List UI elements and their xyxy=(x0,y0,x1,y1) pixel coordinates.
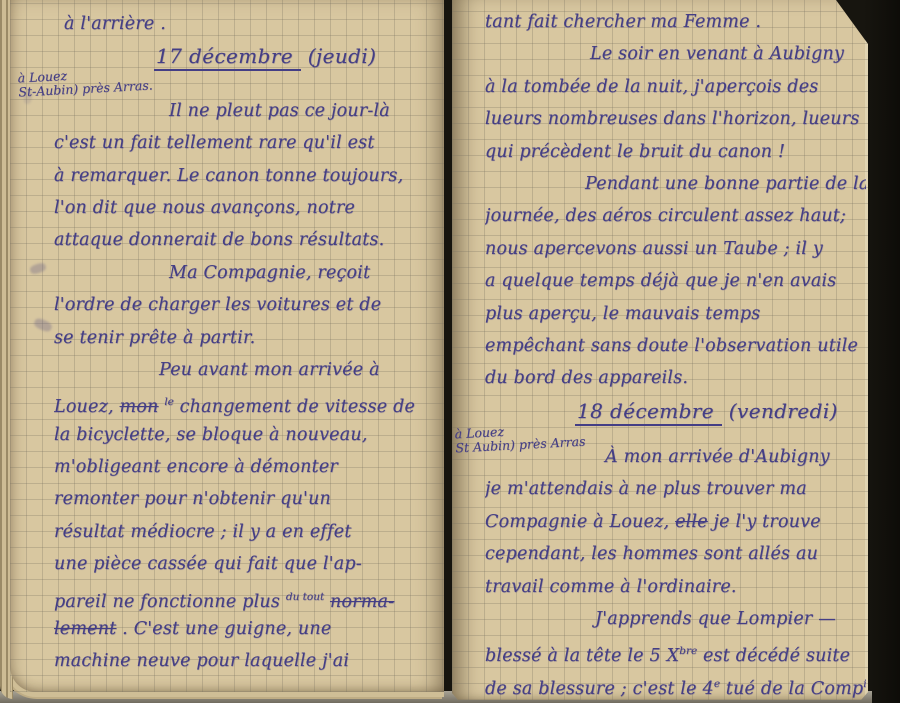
handwritten-line: qui précèdent le bruit du canon ! xyxy=(485,136,866,168)
handwritten-line: résultat médiocre ; il y a en effet xyxy=(54,516,440,548)
text-run: nous apercevons aussi un Taube ; il y xyxy=(485,239,823,259)
handwritten-line: lement . C'est une guigne, une xyxy=(54,613,440,645)
handwritten-line: nous apercevons aussi un Taube ; il y xyxy=(485,233,866,265)
text-run: cependant, les hommes sont allés au xyxy=(485,544,818,564)
text-run: Le soir en venant à Aubigny xyxy=(590,44,844,64)
text-run: du bord des appareils. xyxy=(485,368,688,388)
handwritten-line: Compagnie à Louez, elle je l'y trouve xyxy=(485,506,866,538)
text-run: a quelque temps déjà que je n'en avais xyxy=(485,271,836,291)
interlinear-insertion: le xyxy=(164,396,174,408)
text-run: plus aperçu, le mauvais temps xyxy=(485,304,760,324)
handwritten-line: Pendant une bonne partie de la xyxy=(585,168,866,200)
diary-left-page: à Louez St-Aubin) près Arras. à l'arrièr… xyxy=(10,0,444,692)
handwritten-line: se tenir prête à partir. xyxy=(54,322,440,354)
interlinear-insertion: bre xyxy=(679,645,697,657)
text-run: une pièce cassée qui fait que l'ap- xyxy=(54,554,362,574)
text-run: remonter pour n'obtenir qu'un xyxy=(54,489,331,509)
struck-word: norma- xyxy=(330,592,394,612)
text-run: l'on dit que nous avançons, notre xyxy=(54,198,355,218)
text-run: je l'y trouve xyxy=(708,512,821,532)
text-run: tant fait chercher ma Femme . xyxy=(485,12,761,32)
ink-smudge xyxy=(29,262,47,276)
handwritten-line: blessé à la tête le 5 Xbre est décédé su… xyxy=(485,635,866,667)
text-run: qui précèdent le bruit du canon ! xyxy=(485,142,785,162)
ink-smudge xyxy=(33,317,54,333)
text-run: pareil ne fonctionne plus xyxy=(54,592,286,612)
text-run: changement de vitesse de xyxy=(174,397,415,417)
diary-right-page: à Louez St Aubin) près Arras tant fait c… xyxy=(452,0,868,700)
handwritten-line: Peu avant mon arrivée à xyxy=(159,354,440,386)
handwritten-line: l'ordre de charger les voitures et de xyxy=(54,289,440,321)
date-heading: 18 décembre (vendredi) xyxy=(575,395,866,427)
handwritten-line: a quelque temps déjà que je n'en avais xyxy=(485,265,866,297)
text-run: Il ne pleut pas ce jour-là xyxy=(169,101,390,121)
handwritten-line: m'obligeant encore à démonter xyxy=(54,451,440,483)
handwritten-line: à remarquer. Le canon tonne toujours, xyxy=(54,160,440,192)
page-left-lines: à l'arrière .17 décembre (jeudi)Il ne pl… xyxy=(54,8,440,690)
handwritten-line: c'est un fait tellement rare qu'il est xyxy=(54,127,440,159)
handwritten-line: remonter pour n'obtenir qu'un xyxy=(54,483,440,515)
handwritten-line: Il ne pleut pas ce jour-là xyxy=(169,95,440,127)
text-run: Pendant une bonne partie de la xyxy=(585,174,866,194)
text-run: J'apprends que Lompier — xyxy=(595,609,836,629)
handwritten-line: Le soir en venant à Aubigny xyxy=(590,38,866,70)
page-right-lines: tant fait chercher ma Femme .Le soir en … xyxy=(485,6,866,700)
handwritten-line: lueurs nombreuses dans l'horizon, lueurs xyxy=(485,103,866,135)
text-run: (jeudi) xyxy=(301,44,376,68)
text-run: je m'attendais à ne plus trouver ma xyxy=(485,479,807,499)
text-run: c'est un fait tellement rare qu'il est xyxy=(54,133,375,153)
text-run: résultat médiocre ; il y a en effet xyxy=(54,522,352,542)
handwritten-line: travail comme à l'ordinaire. xyxy=(485,571,866,603)
interlinear-insertion: du tout xyxy=(286,591,324,603)
underlined-date: 17 décembre xyxy=(154,44,301,71)
text-run: empêchant sans doute l'observation utile xyxy=(485,336,858,356)
text-run: à l'arrière . xyxy=(64,14,166,34)
text-run: attaque donnerait de bons résultats. xyxy=(54,230,384,250)
text-run: . C'est une guigne, une xyxy=(116,619,331,639)
handwritten-line: Louez, mon le changement de vitesse de xyxy=(54,386,440,418)
handwritten-line: je m'attendais à ne plus trouver ma xyxy=(485,473,866,505)
text-run: m'obligeant encore à démonter xyxy=(54,457,338,477)
text-run: lueurs nombreuses dans l'horizon, lueurs xyxy=(485,109,860,129)
text-run: À mon arrivée d'Aubigny xyxy=(605,447,830,467)
text-run: machine neuve pour laquelle j'ai xyxy=(54,651,349,671)
handwritten-line: de sa blessure ; c'est le 4e tué de la C… xyxy=(485,668,866,700)
handwritten-line: empêchant sans doute l'observation utile xyxy=(485,330,866,362)
text-run: la bicyclette, se bloque à nouveau, xyxy=(54,425,368,445)
text-run: à remarquer. Le canon tonne toujours, xyxy=(54,166,403,186)
handwritten-line: J'apprends que Lompier — xyxy=(595,603,866,635)
handwritten-line: Ma Compagnie, reçoit xyxy=(169,257,440,289)
text-run: est décédé suite xyxy=(697,646,850,666)
interlinear-insertion: ie xyxy=(863,678,866,690)
handwritten-line: À mon arrivée d'Aubigny xyxy=(605,441,866,473)
handwritten-line: machine neuve pour laquelle j'ai xyxy=(54,645,440,677)
underlined-date: 18 décembre xyxy=(575,399,722,426)
handwritten-line: à la tombée de la nuit, j'aperçois des xyxy=(485,71,866,103)
text-run: Ma Compagnie, reçoit xyxy=(169,263,370,283)
text-run: travail comme à l'ordinaire. xyxy=(485,577,737,597)
handwritten-line: l'on dit que nous avançons, notre xyxy=(54,192,440,224)
handwritten-line: journée, des aéros circulent assez haut; xyxy=(485,200,866,232)
text-run: l'ordre de charger les voitures et de xyxy=(54,295,381,315)
text-run: Louez, xyxy=(54,397,120,417)
text-run: Peu avant mon arrivée à xyxy=(159,360,380,380)
text-run: (vendredi) xyxy=(722,399,838,423)
handwritten-line: pareil ne fonctionne plus du tout norma- xyxy=(54,581,440,613)
text-run: à la tombée de la nuit, j'aperçois des xyxy=(485,77,818,97)
struck-word: elle xyxy=(675,512,708,532)
handwritten-line: la bicyclette, se bloque à nouveau, xyxy=(54,419,440,451)
handwritten-line: cependant, les hommes sont allés au xyxy=(485,538,866,570)
text-run: journée, des aéros circulent assez haut; xyxy=(485,206,846,226)
handwritten-line: une pièce cassée qui fait que l'ap- xyxy=(54,548,440,580)
struck-word: mon xyxy=(120,397,159,417)
handwritten-line: attaque donnerait de bons résultats. xyxy=(54,224,440,256)
handwritten-line: plus aperçu, le mauvais temps xyxy=(485,298,866,330)
text-run: se tenir prête à partir. xyxy=(54,328,255,348)
text-run: de sa blessure ; c'est le 4 xyxy=(485,679,714,699)
text-run: Compagnie à Louez, xyxy=(485,512,675,532)
text-run: blessé à la tête le 5 X xyxy=(485,646,679,666)
handwritten-line: à l'arrière . xyxy=(64,8,440,40)
handwritten-line: du bord des appareils. xyxy=(485,362,866,394)
date-heading: 17 décembre (jeudi) xyxy=(154,40,440,72)
struck-word: lement xyxy=(54,619,116,639)
handwritten-line: tant fait chercher ma Femme . xyxy=(485,6,866,38)
text-run: tué de la Comp xyxy=(720,679,863,699)
